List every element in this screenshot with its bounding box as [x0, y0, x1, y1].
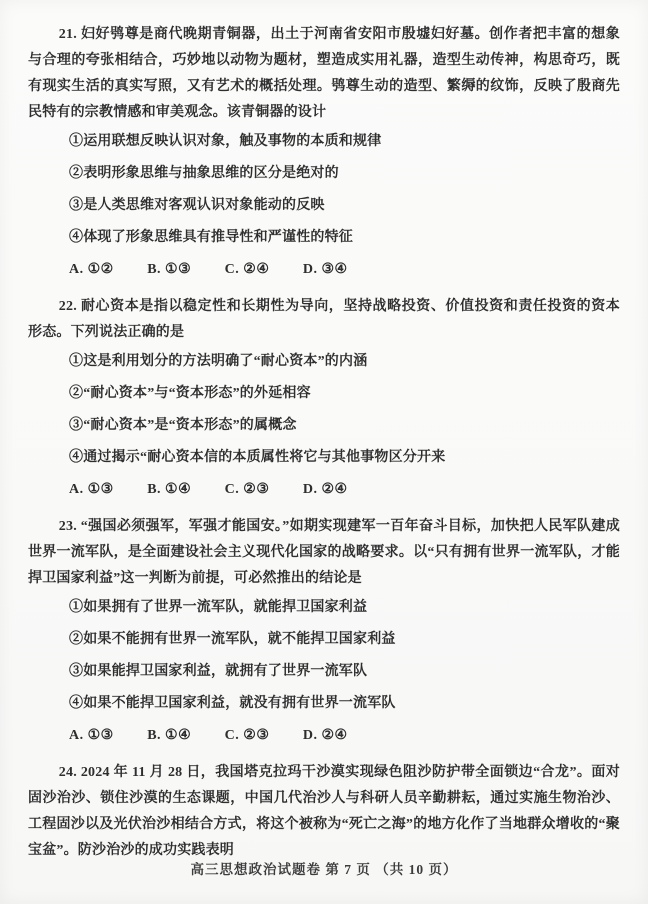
choice-b: B. ①④ — [147, 477, 191, 503]
question-stem: 24. 2024 年 11 月 28 日，我国塔克拉玛干沙漠实现绿色阻沙防护带全… — [28, 760, 620, 864]
choice-d: D. ②④ — [303, 723, 348, 749]
option-item-1: ①这是利用划分的方法明确了“耐心资本”的内涵 — [69, 346, 620, 378]
option-item-2: ②如果不能拥有世界一流军队，就不能捍卫国家利益 — [69, 624, 620, 656]
choices-row: A. ①③ B. ①④ C. ②③ D. ②④ — [69, 720, 620, 752]
choice-a: A. ①③ — [69, 477, 114, 503]
question-stem: 22. 耐心资本是指以稳定性和长期性为导向，坚持战略投资、价值投资和责任投资的资… — [28, 294, 620, 346]
question-stem: 23. “强国必须强军，军强才能国安。”如期实现建军一百年奋斗目标，加快把人民军… — [28, 514, 620, 592]
exam-page: 21. 妇好鸮尊是商代晚期青铜器，出土于河南省安阳市殷墟妇好墓。创作者把丰富的想… — [0, 0, 648, 904]
option-item-4: ④如果不能捍卫国家利益，就没有拥有世界一流军队 — [69, 688, 620, 720]
option-item-3: ③是人类思维对客观认识对象能动的反映 — [69, 190, 620, 222]
option-item-2: ②“耐心资本”与“资本形态”的外延相容 — [69, 378, 620, 410]
choice-d: D. ③④ — [303, 257, 348, 283]
question-24: 24. 2024 年 11 月 28 日，我国塔克拉玛干沙漠实现绿色阻沙防护带全… — [28, 760, 620, 864]
option-item-1: ①运用联想反映认识对象，触及事物的本质和规律 — [69, 126, 620, 158]
choice-c: C. ②③ — [225, 477, 270, 503]
choice-a: A. ①② — [69, 257, 114, 283]
question-21: 21. 妇好鸮尊是商代晚期青铜器，出土于河南省安阳市殷墟妇好墓。创作者把丰富的想… — [28, 22, 620, 286]
choices-row: A. ①③ B. ①④ C. ②③ D. ②④ — [69, 474, 620, 506]
choices-row: A. ①② B. ①③ C. ②④ D. ③④ — [69, 254, 620, 286]
option-item-4: ④体现了形象思维具有推导性和严谨性的特征 — [69, 222, 620, 254]
choice-c: C. ②④ — [225, 257, 270, 283]
choice-b: B. ①③ — [147, 257, 191, 283]
question-22: 22. 耐心资本是指以稳定性和长期性为导向，坚持战略投资、价值投资和责任投资的资… — [28, 294, 620, 506]
option-item-3: ③如果能捍卫国家利益，就拥有了世界一流军队 — [69, 656, 620, 688]
choice-d: D. ②④ — [303, 477, 348, 503]
option-item-2: ②表明形象思维与抽象思维的区分是绝对的 — [69, 158, 620, 190]
option-item-4: ④通过揭示“耐心资本信的本质属性将它与其他事物区分开来 — [69, 442, 620, 474]
choice-b: B. ①④ — [147, 723, 191, 749]
question-23: 23. “强国必须强军，军强才能国安。”如期实现建军一百年奋斗目标，加快把人民军… — [28, 514, 620, 752]
page-footer: 高三思想政治试题卷 第 7 页 （共 10 页） — [0, 858, 648, 878]
question-stem: 21. 妇好鸮尊是商代晚期青铜器，出土于河南省安阳市殷墟妇好墓。创作者把丰富的想… — [28, 22, 620, 126]
option-item-1: ①如果拥有了世界一流军队，就能捍卫国家利益 — [69, 592, 620, 624]
choice-c: C. ②③ — [225, 723, 270, 749]
option-item-3: ③“耐心资本”是“资本形态”的属概念 — [69, 410, 620, 442]
choice-a: A. ①③ — [69, 723, 114, 749]
